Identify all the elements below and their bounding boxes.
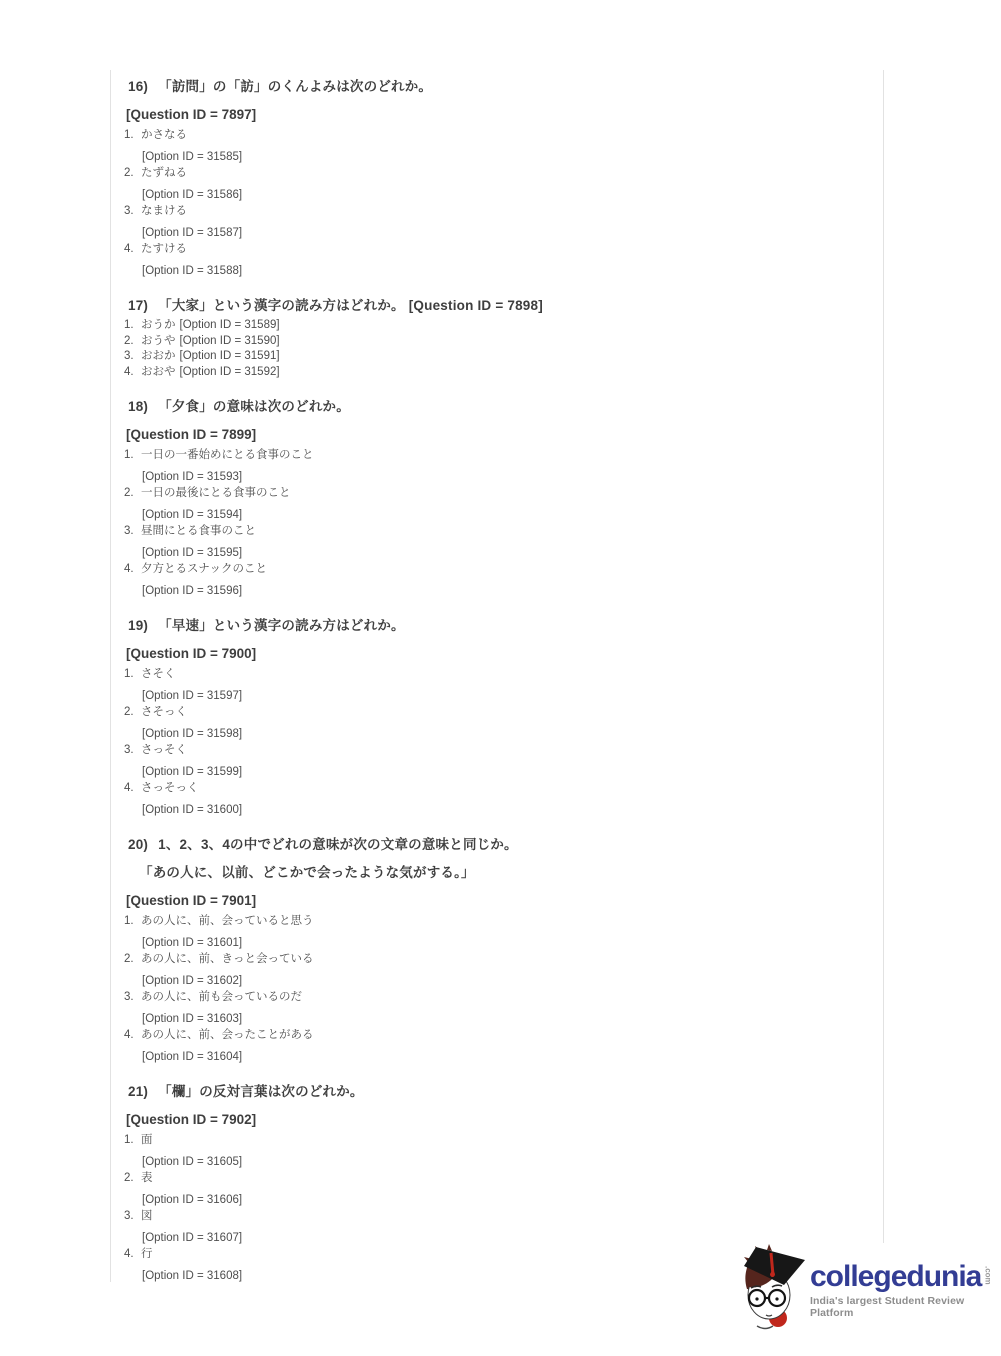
option-row: 4.夕方とるスナックのこと[Option ID = 31596] — [124, 562, 873, 599]
option-text: 一日の最後にとる食事のこと — [141, 487, 291, 499]
option-row: 2.たずねる[Option ID = 31586] — [124, 166, 873, 203]
option-id-label: [Option ID = 31605] — [124, 1155, 873, 1170]
option-id-label: [Option ID = 31601] — [124, 936, 873, 951]
question-number: 20) — [128, 837, 148, 852]
option-text: おうか — [141, 319, 176, 331]
question-title-row: 18)「夕食」の意味は次のどれか。 — [128, 398, 873, 416]
question-block: 18)「夕食」の意味は次のどれか。[Question ID = 7899]1.一… — [124, 398, 873, 599]
question-block: 16)「訪問」の「訪」のくんよみは次のどれか。[Question ID = 78… — [124, 78, 873, 279]
option-line: 2.たずねる — [124, 166, 873, 181]
option-text: たずねる — [141, 167, 187, 179]
option-text: かさなる — [141, 129, 187, 141]
option-text: 図 — [141, 1210, 153, 1222]
question-title: 「大家」という漢字の読み方はどれか。 — [158, 298, 405, 313]
option-text: 一日の一番始めにとる食事のこと — [141, 449, 314, 461]
option-line: 2.さそっく — [124, 705, 873, 720]
option-number: 2. — [124, 334, 141, 350]
logo-text-block: collegedunia .com India's largest Studen… — [810, 1243, 993, 1338]
option-number: 2. — [124, 486, 141, 501]
option-text: おうや — [141, 335, 176, 347]
option-row: 4.あの人に、前、会ったことがある[Option ID = 31604] — [124, 1028, 873, 1065]
option-number: 1. — [124, 318, 141, 334]
option-number: 1. — [124, 914, 141, 929]
question-title: 「訪問」の「訪」のくんよみは次のどれか。 — [158, 79, 432, 94]
option-row: 3.おおか[Option ID = 31591] — [124, 349, 873, 365]
question-id-label: [Question ID = 7902] — [126, 1111, 873, 1129]
question-block: 17)「大家」という漢字の読み方はどれか。[Question ID = 7898… — [124, 297, 873, 380]
option-number: 2. — [124, 705, 141, 720]
option-line: 2.一日の最後にとる食事のこと — [124, 486, 873, 501]
option-number: 2. — [124, 952, 141, 967]
option-number: 1. — [124, 448, 141, 463]
option-id-label: [Option ID = 31604] — [124, 1050, 873, 1065]
option-id-label: [Option ID = 31595] — [124, 546, 873, 561]
option-row: 4.さっそっく[Option ID = 31600] — [124, 781, 873, 818]
option-number: 3. — [124, 204, 141, 219]
option-id-label: [Option ID = 31597] — [124, 689, 873, 704]
option-line: 4.おおや[Option ID = 31592] — [124, 365, 873, 381]
option-number: 2. — [124, 1171, 141, 1186]
logo-tagline: India's largest Student Review Platform — [810, 1295, 993, 1319]
option-text: おおか — [141, 350, 176, 362]
option-row: 3.なまける[Option ID = 31587] — [124, 204, 873, 241]
option-id-label: [Option ID = 31585] — [124, 150, 873, 165]
option-row: 3.図[Option ID = 31607] — [124, 1209, 873, 1246]
option-row: 3.さっそく[Option ID = 31599] — [124, 743, 873, 780]
option-number: 2. — [124, 166, 141, 181]
option-line: 4.たすける — [124, 242, 873, 257]
option-id-label: [Option ID = 31587] — [124, 226, 873, 241]
option-text: 夕方とるスナックのこと — [141, 563, 267, 575]
option-text: 行 — [141, 1248, 153, 1260]
option-line: 1.おうか[Option ID = 31589] — [124, 318, 873, 334]
option-id-label: [Option ID = 31586] — [124, 188, 873, 203]
question-title-row: 19)「早速」という漢字の読み方はどれか。 — [128, 617, 873, 635]
option-id-label: [Option ID = 31598] — [124, 727, 873, 742]
option-id-label: [Option ID = 31600] — [124, 803, 873, 818]
question-title-row: 21)「欄」の反対言葉は次のどれか。 — [128, 1083, 873, 1101]
option-text: 昼間にとる食事のこと — [141, 525, 256, 537]
option-id-label: [Option ID = 31588] — [124, 264, 873, 279]
option-number: 4. — [124, 562, 141, 577]
question-title: 「夕食」の意味は次のどれか。 — [158, 399, 350, 414]
option-line: 3.あの人に、前も会っているのだ — [124, 990, 873, 1005]
option-line: 3.さっそく — [124, 743, 873, 758]
option-number: 1. — [124, 667, 141, 682]
option-number: 4. — [124, 781, 141, 796]
option-text: たすける — [141, 243, 187, 255]
question-number: 16) — [128, 79, 148, 94]
question-id-label: [Question ID = 7899] — [126, 426, 873, 444]
option-line: 2.おうや[Option ID = 31590] — [124, 334, 873, 350]
option-line: 1.かさなる — [124, 128, 873, 143]
question-number: 21) — [128, 1084, 148, 1099]
option-text: なまける — [141, 205, 187, 217]
option-line: 1.さそく — [124, 667, 873, 682]
option-number: 3. — [124, 524, 141, 539]
option-line: 4.あの人に、前、会ったことがある — [124, 1028, 873, 1043]
option-text: あの人に、前も会っているのだ — [141, 991, 302, 1003]
option-row: 2.あの人に、前、きっと会っている[Option ID = 31602] — [124, 952, 873, 989]
option-number: 3. — [124, 1209, 141, 1224]
option-text: 表 — [141, 1172, 153, 1184]
option-line: 3.昼間にとる食事のこと — [124, 524, 873, 539]
question-title: 「欄」の反対言葉は次のどれか。 — [158, 1084, 364, 1099]
option-text: あの人に、前、会ったことがある — [141, 1029, 314, 1041]
page-right-border — [883, 70, 884, 1262]
option-text: さそく — [141, 668, 176, 680]
option-id-label: [Option ID = 31591] — [180, 350, 280, 362]
option-text: さそっく — [141, 706, 187, 718]
option-number: 3. — [124, 743, 141, 758]
option-id-label: [Option ID = 31589] — [180, 319, 280, 331]
question-block: 20)1、2、3、4の中でどれの意味が次の文章の意味と同じか。「あの人に、以前、… — [124, 836, 873, 1065]
option-line: 2.表 — [124, 1171, 873, 1186]
logo-brand-text: collegedunia — [810, 1262, 981, 1292]
option-row: 2.一日の最後にとる食事のこと[Option ID = 31594] — [124, 486, 873, 523]
option-number: 1. — [124, 128, 141, 143]
option-line: 3.なまける — [124, 204, 873, 219]
option-number: 3. — [124, 990, 141, 1005]
option-row: 1.あの人に、前、会っていると思う[Option ID = 31601] — [124, 914, 873, 951]
option-id-label: [Option ID = 31593] — [124, 470, 873, 485]
option-row: 1.おうか[Option ID = 31589] — [124, 318, 873, 334]
option-line: 2.あの人に、前、きっと会っている — [124, 952, 873, 967]
option-number: 1. — [124, 1133, 141, 1148]
question-number: 17) — [128, 298, 148, 313]
option-text: あの人に、前、会っていると思う — [141, 915, 314, 927]
option-id-label: [Option ID = 31592] — [180, 366, 280, 378]
question-title-row: 20)1、2、3、4の中でどれの意味が次の文章の意味と同じか。 — [128, 836, 873, 854]
option-id-label: [Option ID = 31606] — [124, 1193, 873, 1208]
question-number: 18) — [128, 399, 148, 414]
option-row: 1.かさなる[Option ID = 31585] — [124, 128, 873, 165]
question-block: 19)「早速」という漢字の読み方はどれか。[Question ID = 7900… — [124, 617, 873, 818]
option-id-label: [Option ID = 31599] — [124, 765, 873, 780]
option-row: 4.たすける[Option ID = 31588] — [124, 242, 873, 279]
option-line: 1.面 — [124, 1133, 873, 1148]
question-id-label: [Question ID = 7897] — [126, 106, 873, 124]
option-id-label: [Option ID = 31590] — [180, 335, 280, 347]
option-row: 3.あの人に、前も会っているのだ[Option ID = 31603] — [124, 990, 873, 1027]
option-id-label: [Option ID = 31602] — [124, 974, 873, 989]
option-line: 4.夕方とるスナックのこと — [124, 562, 873, 577]
option-id-label: [Option ID = 31603] — [124, 1012, 873, 1027]
option-number: 4. — [124, 1028, 141, 1043]
logo-tld-text: .com — [983, 1266, 991, 1292]
question-subtitle: 「あの人に、以前、どこかで会ったような気がする。」 — [139, 864, 873, 882]
question-number: 19) — [128, 618, 148, 633]
option-row: 4.おおや[Option ID = 31592] — [124, 365, 873, 381]
collegedunia-mascot-icon — [743, 1243, 807, 1333]
option-row: 1.一日の一番始めにとる食事のこと[Option ID = 31593] — [124, 448, 873, 485]
option-row: 2.さそっく[Option ID = 31598] — [124, 705, 873, 742]
option-row: 1.面[Option ID = 31605] — [124, 1133, 873, 1170]
question-id-label: [Question ID = 7901] — [126, 892, 873, 910]
option-number: 4. — [124, 242, 141, 257]
option-number: 4. — [124, 365, 141, 381]
question-title: 1、2、3、4の中でどれの意味が次の文章の意味と同じか。 — [158, 837, 518, 852]
question-title-row: 17)「大家」という漢字の読み方はどれか。[Question ID = 7898… — [128, 297, 873, 315]
option-number: 3. — [124, 349, 141, 365]
option-row: 2.表[Option ID = 31606] — [124, 1171, 873, 1208]
option-text: さっそく — [141, 744, 187, 756]
option-text: 面 — [141, 1134, 153, 1146]
option-line: 4.さっそっく — [124, 781, 873, 796]
option-row: 2.おうや[Option ID = 31590] — [124, 334, 873, 350]
question-id-label: [Question ID = 7898] — [409, 298, 543, 313]
exam-questions-panel: 16)「訪問」の「訪」のくんよみは次のどれか。[Question ID = 78… — [111, 70, 883, 1305]
question-title-row: 16)「訪問」の「訪」のくんよみは次のどれか。 — [128, 78, 873, 96]
option-line: 3.おおか[Option ID = 31591] — [124, 349, 873, 365]
collegedunia-logo: collegedunia .com India's largest Studen… — [743, 1243, 993, 1338]
option-id-label: [Option ID = 31596] — [124, 584, 873, 599]
question-title: 「早速」という漢字の読み方はどれか。 — [158, 618, 405, 633]
option-line: 1.一日の一番始めにとる食事のこと — [124, 448, 873, 463]
option-row: 3.昼間にとる食事のこと[Option ID = 31595] — [124, 524, 873, 561]
option-text: あの人に、前、きっと会っている — [141, 953, 314, 965]
option-text: おおや — [141, 366, 176, 378]
option-line: 3.図 — [124, 1209, 873, 1224]
option-id-label: [Option ID = 31594] — [124, 508, 873, 523]
question-id-label: [Question ID = 7900] — [126, 645, 873, 663]
option-number: 4. — [124, 1247, 141, 1262]
option-line: 1.あの人に、前、会っていると思う — [124, 914, 873, 929]
option-row: 1.さそく[Option ID = 31597] — [124, 667, 873, 704]
option-text: さっそっく — [141, 782, 199, 794]
